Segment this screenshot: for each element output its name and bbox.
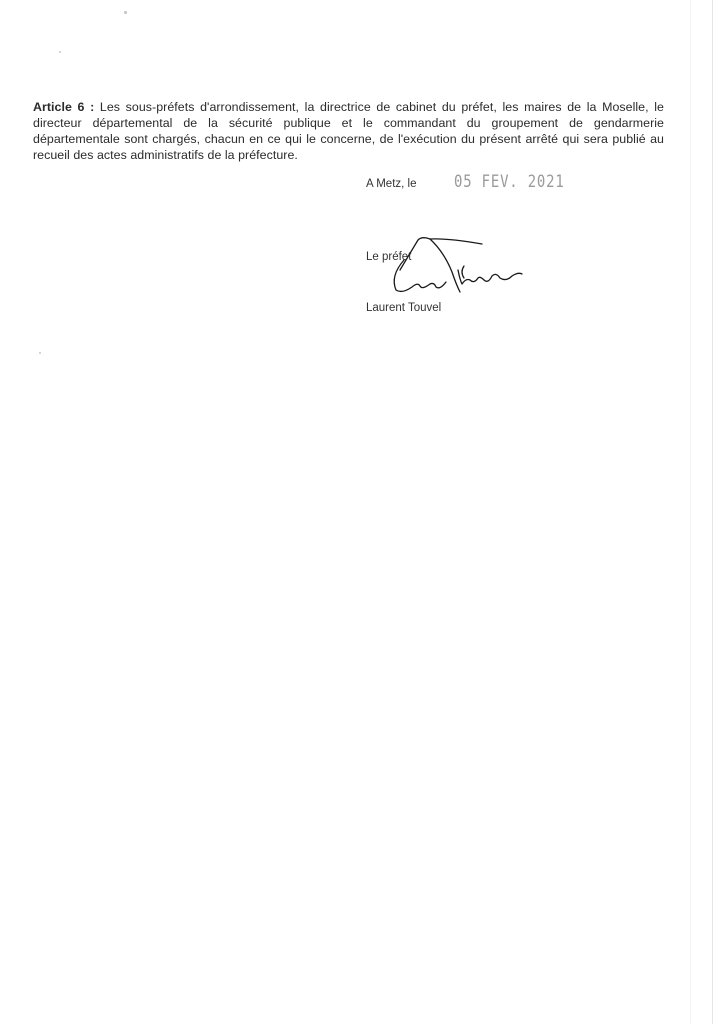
article-separator: : xyxy=(84,100,99,114)
date-stamp: 05 FEV. 2021 xyxy=(454,172,565,192)
signer-name: Laurent Touvel xyxy=(366,302,441,314)
document-page: Article 6 : Les sous-préfets d'arrondiss… xyxy=(0,0,724,1024)
article-heading: Article 6 xyxy=(33,100,84,114)
scan-edge-line xyxy=(690,0,691,1024)
signature-icon xyxy=(360,232,540,302)
article-6-paragraph: Article 6 : Les sous-préfets d'arrondiss… xyxy=(33,99,664,163)
article-body: Les sous-préfets d'arrondissement, la di… xyxy=(33,100,664,162)
scan-speck xyxy=(59,51,61,53)
scan-edge-line xyxy=(712,0,713,1024)
scan-speck xyxy=(39,352,41,354)
scan-speck xyxy=(124,11,127,14)
place-label: A Metz, le xyxy=(366,178,417,190)
